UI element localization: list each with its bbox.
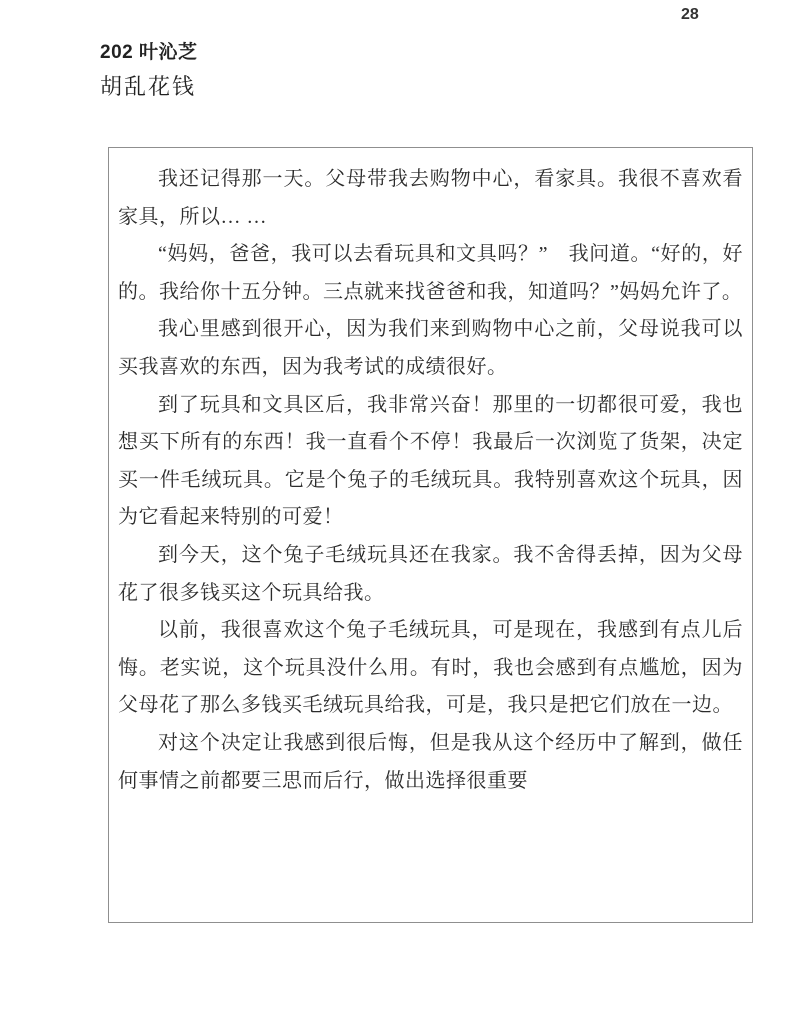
- essay-paragraph: 我心里感到很开心，因为我们来到购物中心之前，父母说我可以买我喜欢的东西，因为我考…: [118, 311, 743, 386]
- document-header: 202 叶沁芝 胡乱花钱: [100, 40, 197, 102]
- essay-title: 胡乱花钱: [100, 72, 197, 102]
- essay-paragraph: 到了玩具和文具区后，我非常兴奋！那里的一切都很可爱，我也想买下所有的东西！我一直…: [118, 387, 743, 537]
- essay-paragraph: 对这个决定让我感到很后悔，但是我从这个经历中了解到，做任何事情之前都要三思而后行…: [118, 725, 743, 800]
- essay-paragraph: “妈妈，爸爸，我可以去看玩具和文具吗？” 我问道。“好的，好的。我给你十五分钟。…: [118, 236, 743, 311]
- student-class-name: 202 叶沁芝: [100, 40, 197, 66]
- essay-text-box: 我还记得那一天。父母带我去购物中心，看家具。我很不喜欢看家具，所以… … “妈妈…: [108, 147, 753, 923]
- essay-paragraph: 到今天，这个兔子毛绒玩具还在我家。我不舍得丢掉，因为父母花了很多钱买这个玩具给我…: [118, 537, 743, 612]
- essay-paragraph: 以前，我很喜欢这个兔子毛绒玩具，可是现在，我感到有点儿后悔。老实说，这个玩具没什…: [118, 612, 743, 725]
- page-number: 28: [681, 6, 699, 24]
- essay-paragraph: 我还记得那一天。父母带我去购物中心，看家具。我很不喜欢看家具，所以… …: [118, 161, 743, 236]
